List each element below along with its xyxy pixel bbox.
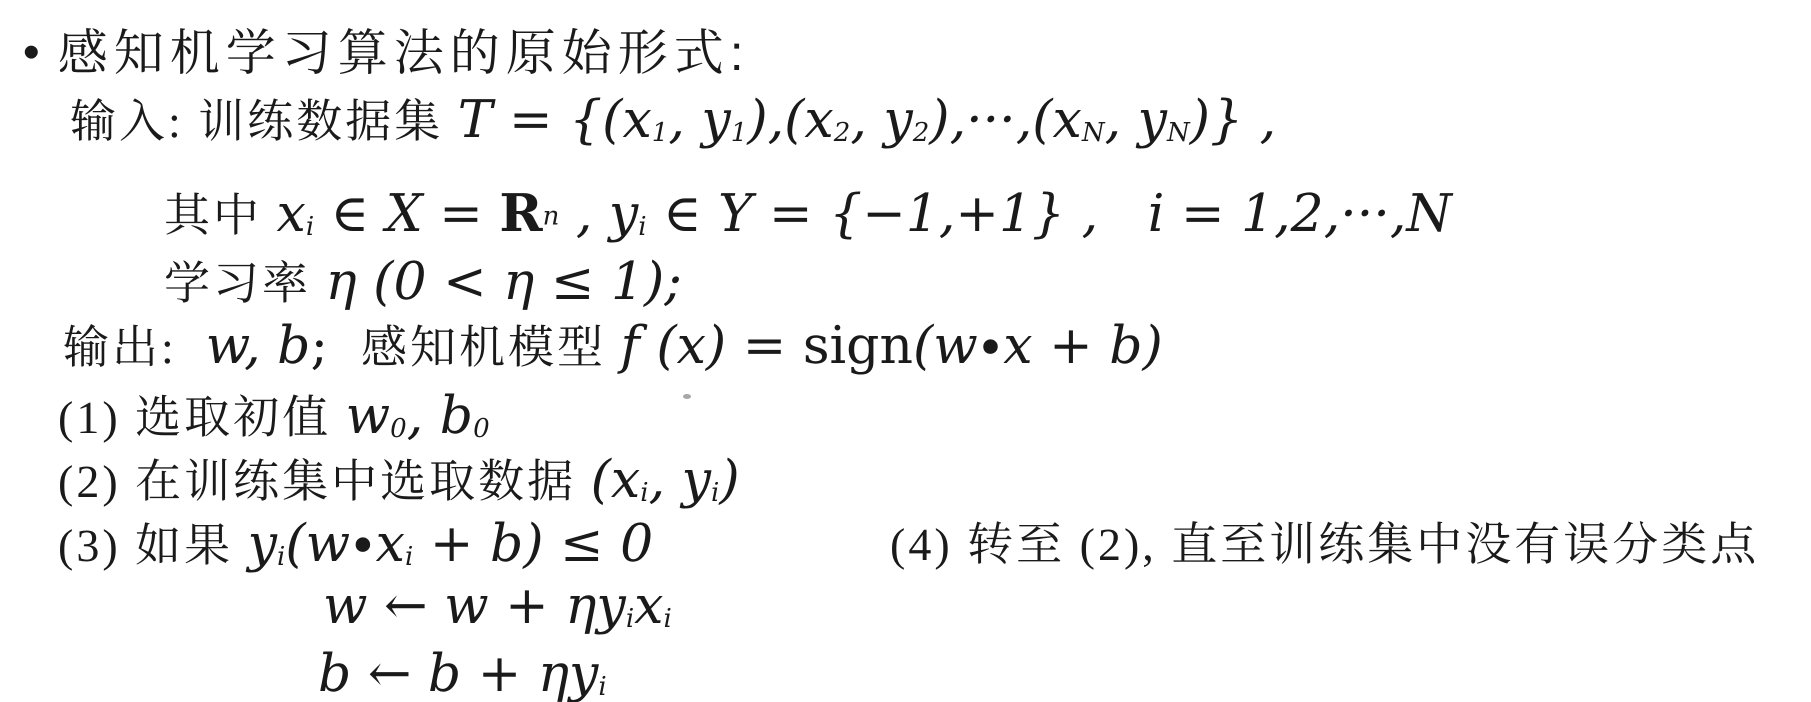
subscript: N [1082, 118, 1105, 148]
cjk-text: 输入: 训练数据集 [70, 96, 458, 147]
math-text: η (0 < η ≤ 1); [326, 252, 682, 312]
math-text: , b [407, 386, 473, 446]
cjk-text: (1) 选取初值 [58, 392, 346, 443]
bold-R: R [499, 183, 542, 244]
line-update-w: w ← w + ηyixi [315, 564, 672, 632]
math-text: , y [649, 450, 711, 510]
cjk-text: (3) 如果 [58, 520, 248, 571]
math-text: ),(x [747, 90, 833, 150]
cjk-text: (4) 转至 (2), 直至训练集中没有误分类点 [890, 519, 1759, 570]
subscript: i [663, 604, 671, 634]
bullet-icon: • [23, 26, 40, 79]
slide-page: { "page": { "background": "#ffffff", "in… [0, 0, 1811, 702]
math-text: ∈ Y = {−1,+1} , i = 1,2,···,N [647, 184, 1452, 244]
sign-function-label: sign [803, 316, 913, 376]
math-text: (w∙x + b) [913, 316, 1163, 376]
line-input-definition: 输入: 训练数据集 T = {(x1, y1),(x2, y2),···,(xN… [62, 78, 1276, 146]
subscript: 1 [652, 118, 669, 148]
math-text: ) [719, 450, 739, 510]
math-text: w, b [206, 316, 311, 376]
math-text: x [277, 184, 306, 244]
cjk-text: 其中 [164, 190, 277, 241]
line-step-2: (2) 在训练集中选取数据 (xi, yi) [50, 438, 740, 506]
title-text: 感知机学习算法的原始形式: [58, 25, 750, 81]
line-update-b: b ← b + ηyi [310, 632, 607, 700]
math-text: )} , [1190, 90, 1276, 150]
subscript: N [1167, 118, 1190, 148]
math-text: b ← b + ηy [318, 644, 598, 702]
subscript: i [638, 212, 646, 242]
math-text: , y [668, 90, 730, 150]
math-text: w ← w + ηy [323, 576, 626, 636]
subscript: 2 [834, 118, 851, 148]
cjk-text: 输出: [63, 322, 206, 373]
line-learning-rate: 学习率 η (0 < η ≤ 1); [156, 240, 682, 308]
cjk-text: 感知机模型 [361, 322, 621, 373]
math-text: w [346, 386, 391, 446]
subscript: 2 [913, 118, 930, 148]
line-where-condition: 其中 xi ∈ X = Rn , yi ∈ Y = {−1,+1} , i = … [156, 172, 1452, 240]
math-text: (x [591, 450, 641, 510]
superscript: n [543, 202, 560, 232]
math-text: , y [850, 90, 912, 150]
scan-speck [683, 394, 691, 399]
cjk-text: 学习率 [164, 258, 326, 309]
subscript: i [598, 672, 606, 702]
line-output-definition: 输出: w, b; 感知机模型 f (x) = sign(w∙x + b) [55, 304, 1163, 372]
slide-title: •感知机学习算法的原始形式: [14, 12, 750, 78]
math-text: ),···,(x [929, 90, 1082, 150]
roman-text: ; [310, 316, 361, 376]
math-text: y [248, 514, 277, 574]
math-text: , y [1105, 90, 1167, 150]
line-step-3: (3) 如果 yi(w∙xi + b) ≤ 0 [50, 502, 653, 570]
cjk-text: (2) 在训练集中选取数据 [58, 456, 591, 507]
math-text: ∈ X = [314, 184, 499, 244]
math-text: T = {(x [458, 90, 652, 150]
subscript: 1 [731, 118, 748, 148]
line-step-1: (1) 选取初值 w0, b0 [50, 374, 490, 442]
math-text: f (x) = [621, 316, 803, 376]
subscript: i [306, 212, 314, 242]
math-text: , y [559, 184, 638, 244]
math-text: x [634, 576, 663, 636]
line-step-4: (4) 转至 (2), 直至训练集中没有误分类点 [882, 506, 1759, 568]
subscript: i [626, 604, 634, 634]
